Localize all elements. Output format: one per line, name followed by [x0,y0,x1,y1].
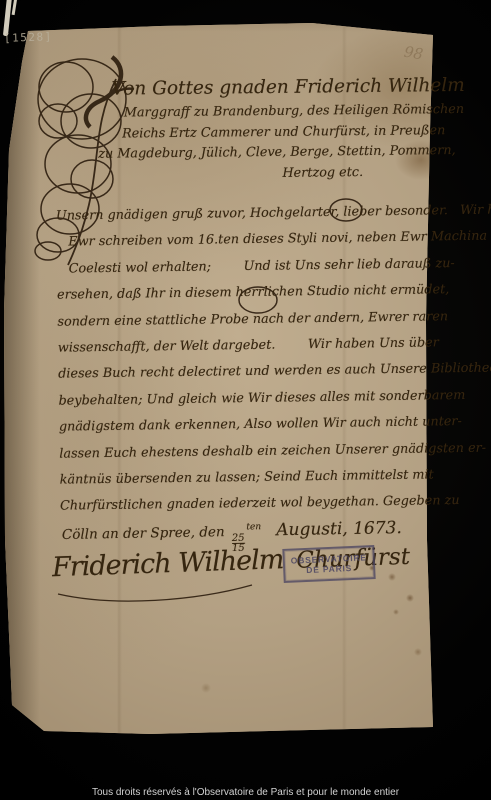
letter-body: Unsern gnädigen gruß zuvor, Hochgelarter… [56,198,440,520]
copyright-footer: Tous droits réservés à l'Observatoire de… [0,787,491,798]
stamp-line: DE PARIS [306,563,352,575]
letter-heading: Von Gottes gnaden Friderich Wilhelm Marg… [95,74,436,186]
heading-line: Von Gottes gnaden Friderich Wilhelm [111,74,435,100]
dateline-month-year: Augusti, 1673. [276,518,402,540]
dateline-place: Cölln an der Spree, den [62,524,225,543]
folio-number: 98 [403,43,425,64]
body-line: Churfürstlichen gnaden iederzeit wol bey… [60,489,440,521]
adjacent-page-edge [12,0,18,15]
heading-line: zu Magdeburg, Jülich, Cleve, Berge, Stet… [98,141,436,165]
observatoire-stamp: OBSERVATOIRE DE PARIS [282,545,375,583]
date-ordinal: ten [246,522,261,532]
heading-line: Marggraff zu Brandenburg, des Heiligen R… [124,100,436,124]
heading-line: Hertzog etc. [282,162,436,184]
scan-viewport: [1528] 98 Von Gottes gnaden Friderich Wi… [0,0,491,800]
